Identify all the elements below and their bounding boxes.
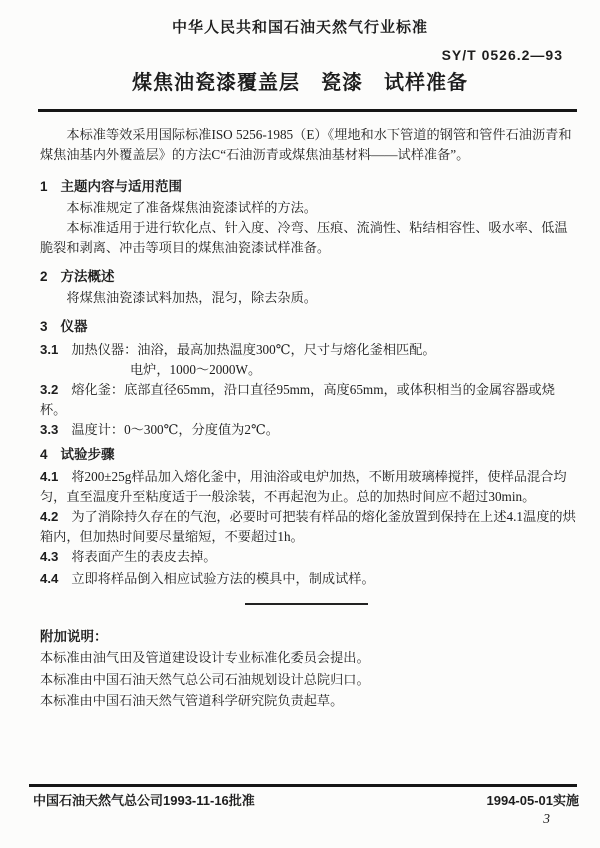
clause-3-1-subline: 电炉，1000～2000W。 — [40, 360, 577, 380]
clause-3-2-number: 3.2 — [40, 380, 58, 400]
implementation-text: 1994-05-01实施 — [487, 790, 580, 809]
section-1-title: 主题内容与适用范围 — [61, 179, 183, 194]
intro-paragraph: 本标准等效采用国际标准ISO 5256-1985（E）《埋地和水下管道的钢管和管… — [40, 125, 577, 165]
section-3-heading: 3仪器 — [40, 317, 577, 337]
section-1-number: 1 — [40, 177, 48, 197]
clause-3-1-number: 3.1 — [40, 340, 58, 360]
clause-4-2-number: 4.2 — [40, 507, 58, 527]
clause-3-2: 3.2熔化釜：底部直径65mm，沿口直径95mm，高度65mm，或体积相当的金属… — [40, 380, 577, 420]
clause-4-2-text: 为了消除持久存在的气泡，必要时可把装有样品的熔化釜放置到保持在上述4.1温度的烘… — [40, 509, 576, 544]
clause-3-3: 3.3温度计：0～300℃，分度值为2℃。 — [40, 420, 577, 440]
note-line-2: 本标准由中国石油天然气总公司石油规划设计总院归口。 — [40, 669, 577, 691]
document-title: 煤焦油瓷漆覆盖层 瓷漆 试样准备 — [0, 66, 600, 95]
section-3-title: 仪器 — [61, 319, 88, 334]
section-2-title: 方法概述 — [61, 269, 115, 284]
clause-4-3-number: 4.3 — [40, 547, 58, 567]
footer-divider — [29, 784, 577, 787]
section-2-paragraph-1: 将煤焦油瓷漆试料加热，混匀，除去杂质。 — [40, 288, 577, 308]
section-4-title: 试验步骤 — [61, 447, 115, 462]
clause-4-3: 4.3将表面产生的表皮去掉。 — [40, 547, 577, 567]
section-2-heading: 2方法概述 — [40, 267, 577, 287]
note-line-3: 本标准由中国石油天然气管道科学研究院负责起草。 — [40, 690, 577, 712]
section-1-heading: 1主题内容与适用范围 — [40, 177, 577, 197]
clause-4-3-text: 将表面产生的表皮去掉。 — [71, 549, 216, 564]
clause-4-2: 4.2为了消除持久存在的气泡，必要时可把装有样品的熔化釜放置到保持在上述4.1温… — [40, 507, 577, 547]
clause-4-1-number: 4.1 — [40, 467, 58, 487]
section-4-number: 4 — [40, 445, 48, 465]
header-divider — [38, 109, 577, 112]
standard-number: SY/T 0526.2—93 — [442, 47, 563, 63]
clause-3-3-text: 温度计：0～300℃，分度值为2℃。 — [71, 422, 279, 437]
standard-authority: 中华人民共和国石油天然气行业标准 — [0, 16, 600, 37]
document-body: 本标准等效采用国际标准ISO 5256-1985（E）《埋地和水下管道的钢管和管… — [40, 120, 577, 712]
clause-4-4: 4.4立即将样品倒入相应试验方法的模具中，制成试样。 — [40, 569, 577, 589]
clause-4-4-number: 4.4 — [40, 569, 58, 589]
clause-3-1-text: 加热仪器：油浴，最高加热温度300℃，尺寸与熔化釜相匹配。 — [71, 342, 435, 357]
additional-notes-label: 附加说明： — [40, 627, 577, 647]
section-1-paragraph-1: 本标准规定了准备煤焦油瓷漆试样的方法。 — [40, 198, 577, 218]
section-1-paragraph-2: 本标准适用于进行软化点、针入度、冷弯、压痕、流淌性、粘结相容性、吸水率、低温脆裂… — [40, 218, 577, 258]
section-2-number: 2 — [40, 267, 48, 287]
document-page: 中华人民共和国石油天然气行业标准 SY/T 0526.2—93 煤焦油瓷漆覆盖层… — [0, 0, 600, 848]
clause-3-2-text: 熔化釜：底部直径65mm，沿口直径95mm，高度65mm，或体积相当的金属容器或… — [40, 382, 555, 417]
clause-4-4-text: 立即将样品倒入相应试验方法的模具中，制成试样。 — [71, 571, 374, 586]
section-4-heading: 4试验步骤 — [40, 445, 577, 465]
page-number: 3 — [543, 811, 550, 827]
clause-3-1: 3.1加热仪器：油浴，最高加热温度300℃，尺寸与熔化釜相匹配。 — [40, 340, 577, 360]
clause-4-1-text: 将200±25g样品加入熔化釜中，用油浴或电炉加热，不断用玻璃棒搅拌，使样品混合… — [40, 469, 567, 504]
end-of-text-separator — [245, 603, 368, 605]
clause-4-1: 4.1将200±25g样品加入熔化釜中，用油浴或电炉加热，不断用玻璃棒搅拌，使样… — [40, 467, 577, 507]
approval-text: 中国石油天然气总公司1993-11-16批准 — [33, 790, 255, 809]
note-line-1: 本标准由油气田及管道建设设计专业标准化委员会提出。 — [40, 647, 577, 669]
section-3-number: 3 — [40, 317, 48, 337]
clause-3-3-number: 3.3 — [40, 420, 58, 440]
